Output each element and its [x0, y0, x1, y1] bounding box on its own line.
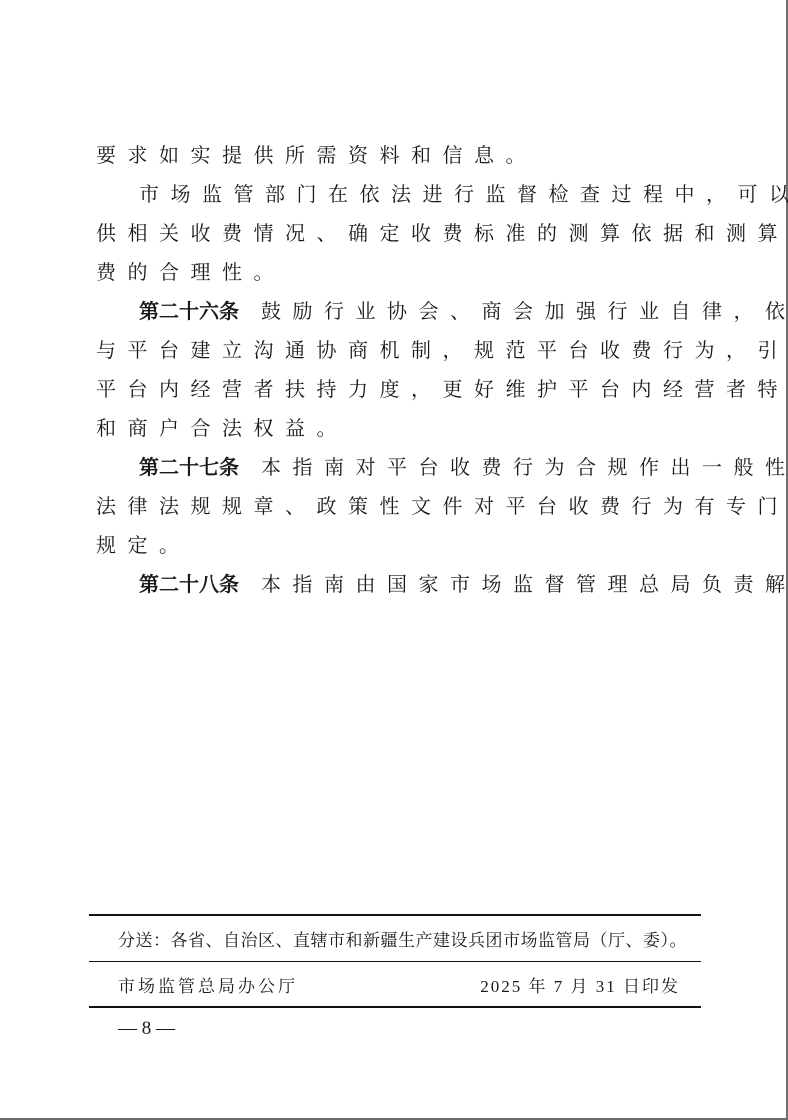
article-28-first-line: 第二十八条本指南由国家市场监督管理总局负责解释。 [96, 565, 700, 604]
body-line: 与平台建立沟通协商机制，规范平台收费行为，引导平台加大对 [96, 331, 700, 370]
body-line: 和商户合法权益。 [96, 409, 700, 448]
page-number: — 8 — [118, 1016, 175, 1042]
body-line: 平台内经营者扶持力度，更好维护平台内经营者特别是中小企业 [96, 370, 700, 409]
body-line: 法律法规规章、政策性文件对平台收费行为有专门规定的，从其 [96, 487, 700, 526]
issue-date: 2025 年 7 月 31 日印发 [480, 974, 680, 1000]
distribution-list: 分送：各省、自治区、直辖市和新疆生产建设兵团市场监管局（厅、委）。 [118, 928, 687, 954]
footer-rule-bottom [89, 1006, 701, 1008]
article-26-first-line: 第二十六条鼓励行业协会、商会加强行业自律，依法依规 [96, 292, 700, 331]
footer-rule-middle [89, 961, 701, 962]
issuing-office: 市场监管总局办公厅 [118, 974, 298, 1000]
body-text: 本指南由国家市场监督管理总局负责解释。 [261, 572, 788, 596]
body-text: 本指南对平台收费行为合规作出一般性指引。 [261, 455, 788, 479]
article-27-first-line: 第二十七条本指南对平台收费行为合规作出一般性指引。 [96, 448, 700, 487]
article-number: 第二十七条 [139, 455, 239, 479]
body-line: 费的合理性。 [96, 253, 700, 292]
article-number: 第二十六条 [139, 299, 239, 323]
article-number: 第二十八条 [139, 572, 239, 596]
body-line: 规定。 [96, 526, 700, 565]
body-text: 鼓励行业协会、商会加强行业自律，依法依规 [261, 299, 788, 323]
body-line: 供相关收费情况、确定收费标准的测算依据和测算过程、说明收 [96, 214, 700, 253]
document-page: 要求如实提供所需资料和信息。 市场监管部门在依法进行监督检查过程中，可以要求平台… [0, 0, 788, 1120]
body-line: 要求如实提供所需资料和信息。 [96, 136, 700, 175]
body-line: 市场监管部门在依法进行监督检查过程中，可以要求平台提 [96, 175, 700, 214]
footer-rule-top [89, 914, 701, 916]
document-body: 要求如实提供所需资料和信息。 市场监管部门在依法进行监督检查过程中，可以要求平台… [96, 136, 700, 604]
